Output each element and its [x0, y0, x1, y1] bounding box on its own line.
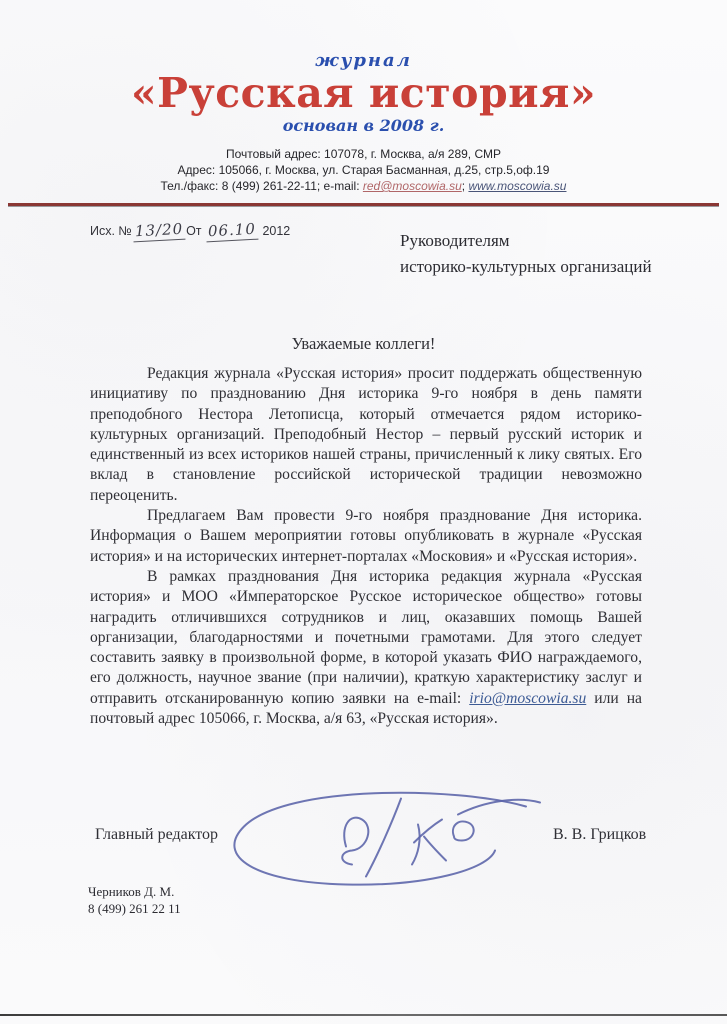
paragraph-3: В рамках празднования Дня историка редак… [90, 567, 642, 729]
salutation: Уважаемые коллеги! [0, 334, 727, 354]
reference-year: 2012 [262, 224, 290, 238]
paragraph-2: Предлагаем Вам провести 9-го ноября праз… [90, 506, 642, 567]
contact-person: Черников Д. М. [88, 883, 181, 900]
date-handwritten: 06.10 [206, 220, 259, 243]
reference-line: Исх. №13/20От 06.10 2012 [90, 221, 290, 241]
reference-prefix: Исх. № [90, 224, 132, 238]
contact-phone: 8 (499) 261 22 11 [88, 900, 181, 917]
reference-from-label: От [186, 224, 201, 238]
contact-line: Тел./факс: 8 (499) 261-22-11; e-mail: re… [0, 178, 727, 194]
letter-body: Редакция журнала «Русская история» проси… [90, 364, 642, 729]
email-link[interactable]: red@moscowia.su [363, 179, 462, 193]
journal-title: «Русская история» [0, 71, 727, 115]
scanned-letter-page: журнал «Русская история» основан в 2008 … [0, 0, 727, 1024]
outgoing-number-handwritten: 13/20 [132, 220, 185, 243]
footer-contact-block: Черников Д. М. 8 (499) 261 22 11 [88, 883, 181, 917]
postal-address-line: Почтовый адрес: 107078, г. Москва, а/я 2… [0, 146, 727, 162]
recipient-line-2: историко-культурных организаций [400, 254, 652, 280]
scan-edge-line [0, 1014, 727, 1016]
paragraph-1: Редакция журнала «Русская история» проси… [90, 364, 642, 506]
founded-line: основан в 2008 г. [0, 116, 727, 135]
letterhead-address-block: Почтовый адрес: 107078, г. Москва, а/я 2… [0, 146, 727, 194]
signature-name: В. В. Грицков [553, 826, 646, 844]
street-address-line: Адрес: 105066, г. Москва, ул. Старая Бас… [0, 162, 727, 178]
paragraph-3-text-before: В рамках празднования Дня историка редак… [90, 568, 642, 707]
journal-kicker: журнал [0, 50, 727, 71]
handwritten-signature [196, 784, 556, 890]
letterhead-divider [8, 203, 719, 207]
irio-email-link[interactable]: irio@moscowia.su [469, 690, 586, 707]
letterhead: журнал «Русская история» основан в 2008 … [0, 50, 727, 207]
contact-prefix: Тел./факс: 8 (499) 261-22-11; e-mail: [161, 179, 363, 193]
recipient-block: Руководителям историко-культурных органи… [400, 228, 652, 280]
recipient-line-1: Руководителям [400, 228, 652, 254]
website-link[interactable]: www.moscowia.su [468, 179, 566, 193]
